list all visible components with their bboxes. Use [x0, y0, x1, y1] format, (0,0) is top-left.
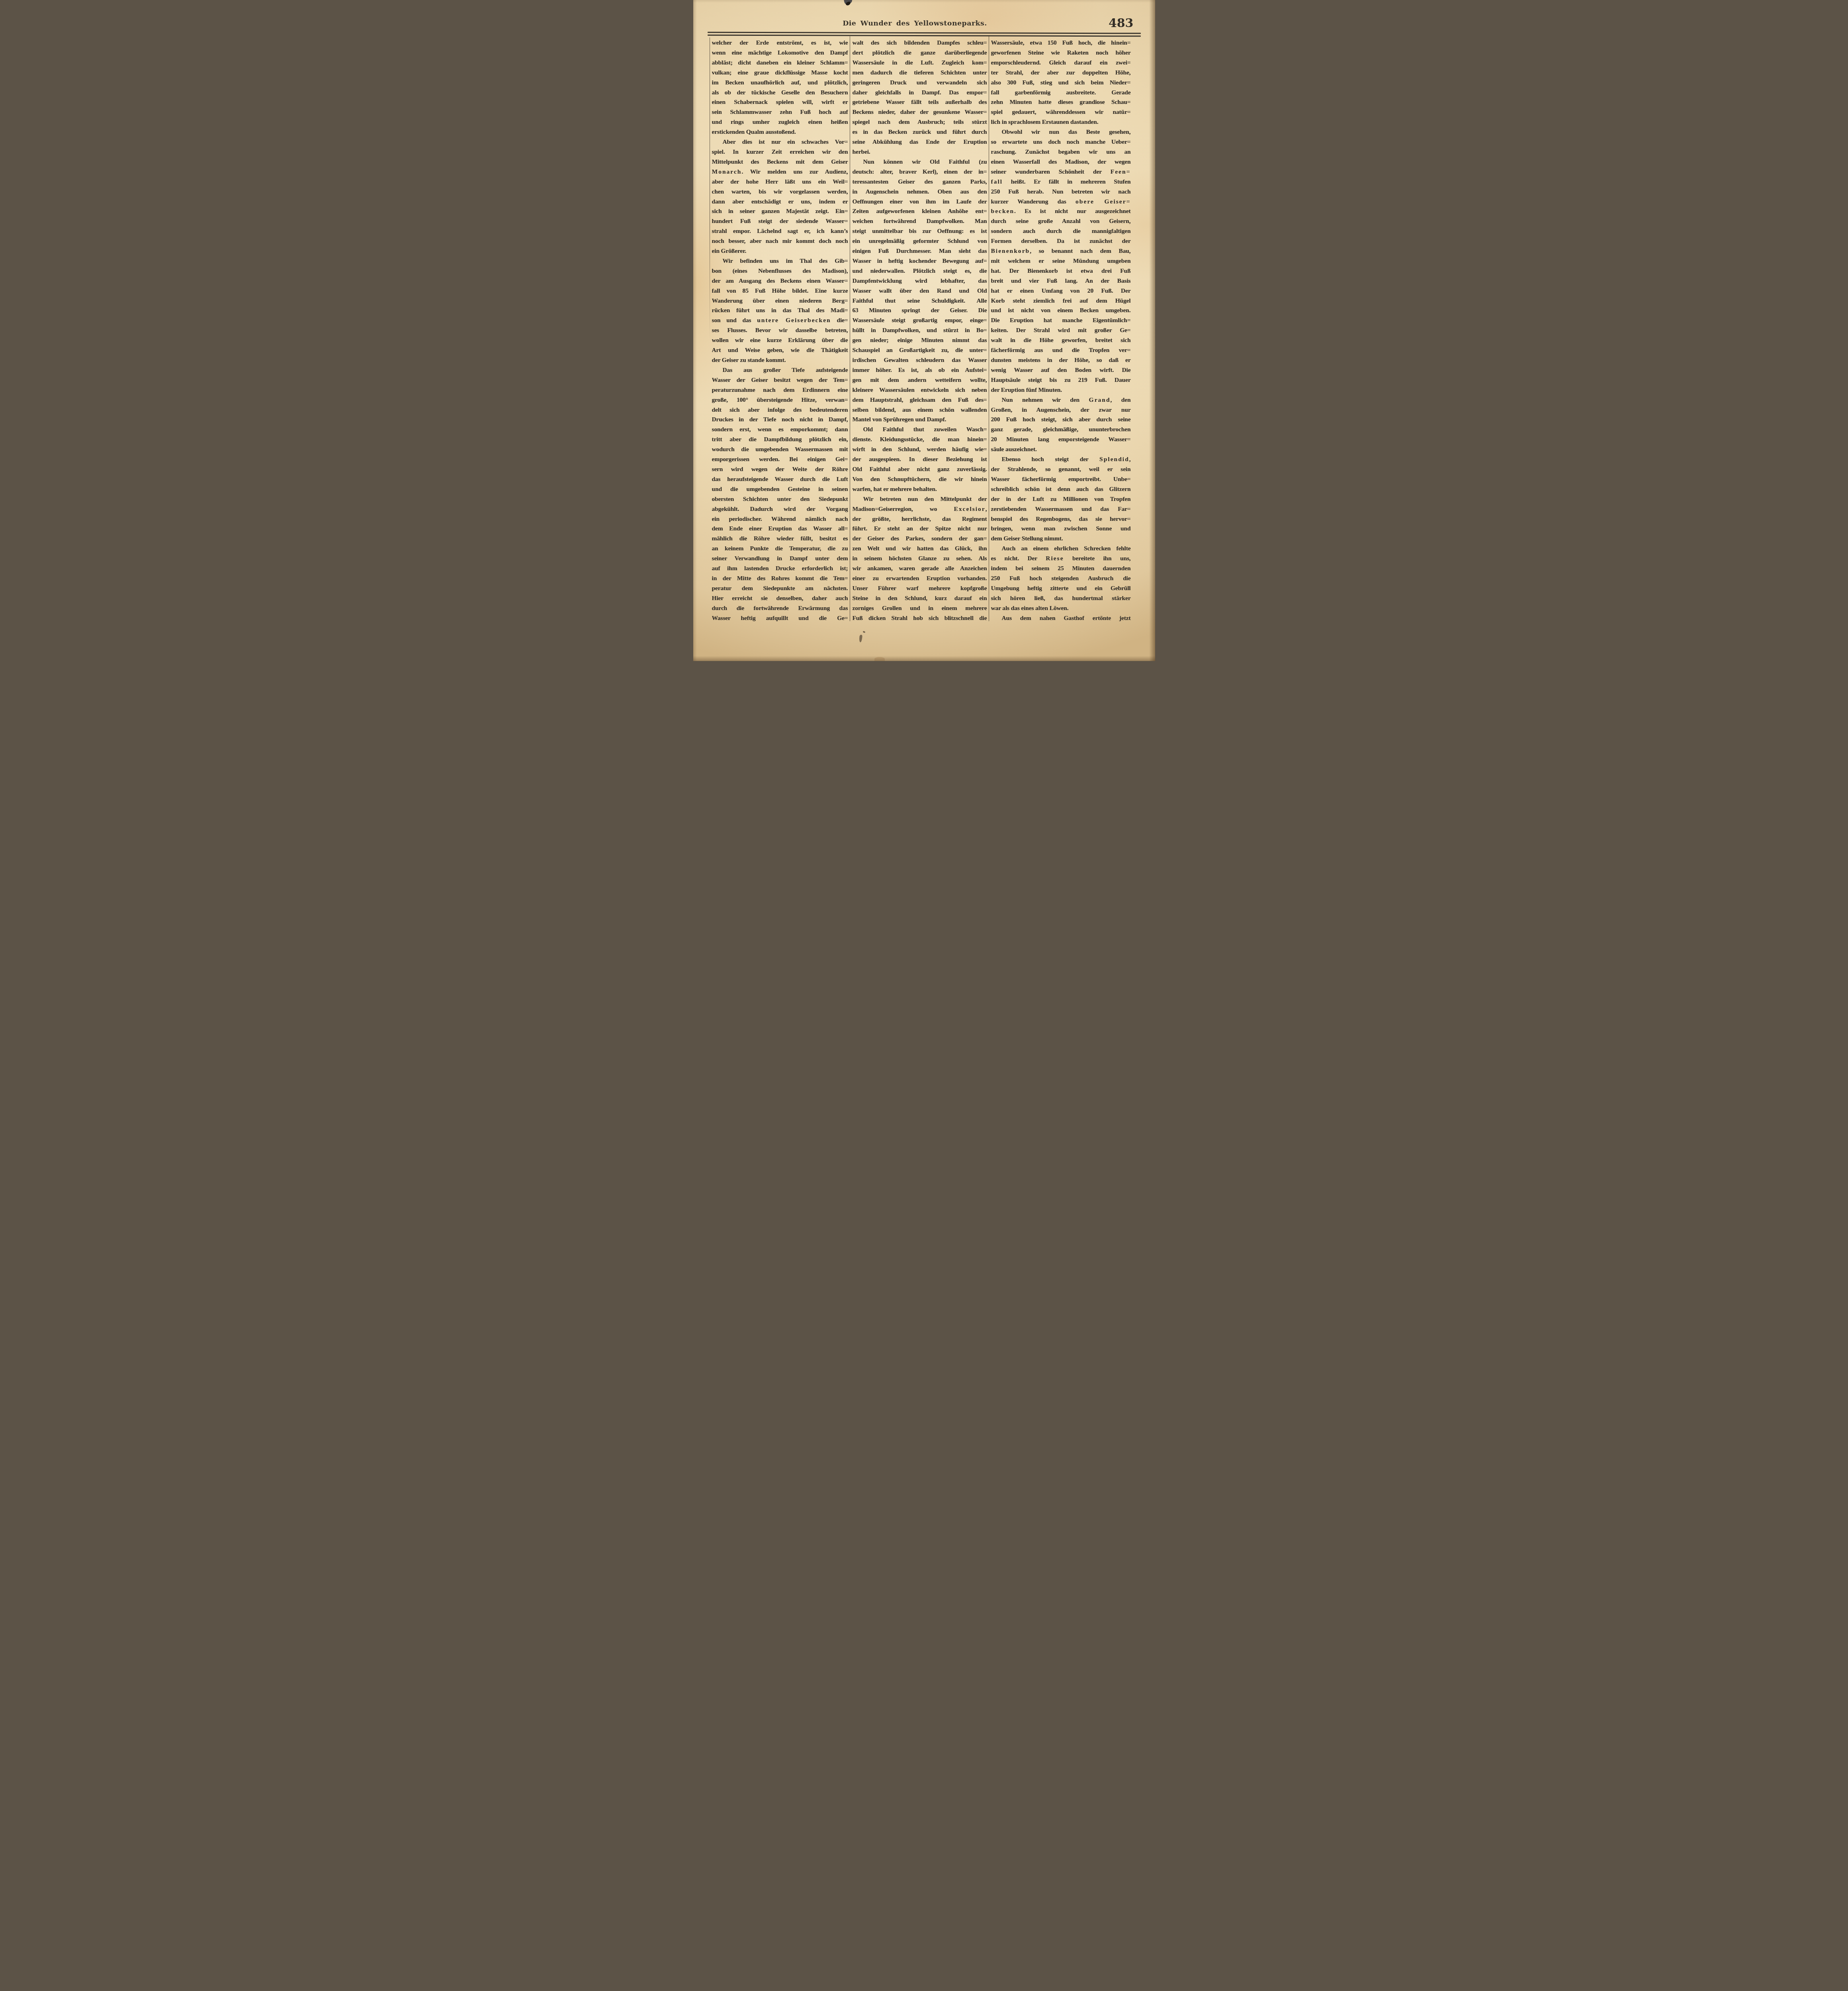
text-line: in Augenschein nehmen. Oben aus den — [853, 187, 987, 197]
text-line: gen mit dem andern wetteifern wollte, — [853, 376, 987, 385]
text-line: obersten Schichten unter den Siedepunkt — [712, 495, 848, 505]
ink-blot — [859, 635, 862, 643]
text-line: zerstiebenden Wassermassen und das Far= — [991, 505, 1131, 514]
text-line: noch besser, aber nach mir kommt doch no… — [712, 237, 848, 246]
text-line: walt des sich bildenden Dampfes schleu= — [853, 38, 987, 48]
article-body: welcher der Erde entströmt, es ist, wiew… — [712, 38, 1131, 624]
text-line: durch seine große Anzahl von Geisern, — [991, 217, 1131, 227]
letterspaced-name: becken — [991, 208, 1015, 215]
text-line: Formen derselben. Da ist zunächst der — [991, 237, 1131, 246]
text-line: Mittelpunkt des Beckens mit dem Geiser — [712, 157, 848, 167]
text-line: hat. Der Bienenkorb ist etwa drei Fuß — [991, 266, 1131, 276]
text-line: säule auszeichnet. — [991, 445, 1131, 455]
text-line: einigen Fuß Durchmesser. Man sieht das — [853, 246, 987, 256]
text-line: men dadurch die tieferen Schichten unter — [853, 68, 987, 78]
text-line: so erwartete uns doch noch manche Ueber= — [991, 137, 1131, 147]
text-line: 20 Minuten lang emporsteigende Wasser= — [991, 435, 1131, 445]
text-line: strahl empor. Lächelnd sagt er, ich kann… — [712, 227, 848, 237]
text-line: Großen, in Augenschein, der zwar nur — [991, 405, 1131, 415]
text-line: der Geiser des Parkes, sondern der gan= — [853, 534, 987, 544]
text-line: Wir betreten nun den Mittelpunkt der — [853, 495, 987, 505]
text-line: sein Schlammwasser zehn Fuß hoch auf — [712, 108, 848, 117]
text-line: abbläst; dicht daneben ein kleiner Schla… — [712, 58, 848, 68]
text-column-1: welcher der Erde entströmt, es ist, wiew… — [712, 38, 848, 624]
page-number: 483 — [1109, 16, 1134, 30]
text-line: daher gleichfalls in Dampf. Das empor= — [853, 88, 987, 98]
text-line: im Becken unaufhörlich auf, und plötzlic… — [712, 78, 848, 88]
text-line: teressantesten Geiser des ganzen Parks, — [853, 177, 987, 187]
text-line: hüllt in Dampfwolken, und stürzt in Bo= — [853, 326, 987, 336]
text-line: steigt unmittelbar bis zur Oeffnung: es … — [853, 227, 987, 237]
text-line: irdischen Gewalten schleudern das Wasser — [853, 356, 987, 366]
text-line: Wasser fächerförmig emportreibt. Unbe= — [991, 475, 1131, 485]
text-line: kurzer Wanderung das obere Geiser= — [991, 197, 1131, 207]
text-line: Hier erreicht sie denselben, daher auch — [712, 594, 848, 604]
text-line: gen nieder; einige Minuten nimmt das — [853, 336, 987, 346]
ink-speck — [862, 631, 865, 633]
text-line: rücken führt uns in das Thal des Madi= — [712, 306, 848, 316]
text-line: sern wird wegen der Weite der Röhre — [712, 465, 848, 475]
letterspaced-name: Feen= — [1111, 168, 1131, 175]
text-line: hat er einen Umfang von 20 Fuß. Der — [991, 286, 1131, 296]
text-line: walt in die Höhe geworfen, breitet sich — [991, 336, 1131, 346]
text-line: getriebene Wasser fällt teils außerhalb … — [853, 98, 987, 108]
text-line: seiner Verwandlung in Dampf unter dem — [712, 554, 848, 564]
text-line: Aus dem nahen Gasthof ertönte jetzt — [991, 614, 1131, 624]
text-line: ein periodischer. Während nämlich nach — [712, 514, 848, 524]
text-line: 250 Fuß hoch steigenden Ausbruch die — [991, 574, 1131, 584]
text-line: spiel gedauert, währenddessen wir natür= — [991, 108, 1131, 117]
text-line: also 300 Fuß, stieg und sich beim Nieder… — [991, 78, 1131, 88]
letterspaced-name: obere Geiser= — [1076, 198, 1130, 205]
text-line: emporgerissen werden. Bei einigen Gei= — [712, 455, 848, 465]
text-line: breit und vier Fuß lang. An der Basis — [991, 276, 1131, 286]
text-line: große, 100° übersteigende Hitze, verwan= — [712, 395, 848, 405]
text-line: Wanderung über einen niederen Berg= — [712, 296, 848, 306]
text-line: chen warten, bis wir vorgelassen werden, — [712, 187, 848, 197]
column-separator-1 — [850, 36, 851, 621]
text-line: wenn eine mächtige Lokomotive den Dampf — [712, 48, 848, 58]
text-line: ter Strahl, der aber zur doppelten Höhe, — [991, 68, 1131, 78]
text-line: spiegel nach dem Ausbruch; teils stürzt — [853, 117, 987, 127]
text-line: ein unregelmäßig geformter Schlund von — [853, 237, 987, 246]
text-line: Ebenso hoch steigt der Splendid, — [991, 455, 1131, 465]
text-line: an keinem Punkte die Temperatur, die zu — [712, 544, 848, 554]
text-line: selben bildend, aus einem schön wallende… — [853, 405, 987, 415]
letterspaced-name: Riese — [1046, 555, 1064, 562]
text-line: auf ihm lastenden Drucke erforderlich is… — [712, 564, 848, 574]
text-line: becken. Es ist nicht nur ausgezeichnet — [991, 207, 1131, 217]
text-line: schreiblich schön ist denn auch das Glit… — [991, 485, 1131, 495]
text-line: fall heißt. Er fällt in mehreren Stufen — [991, 177, 1131, 187]
text-line: der in der Luft zu Millionen von Tropfen — [991, 495, 1131, 505]
text-line: sondern auch durch die mannigfaltigen — [991, 227, 1131, 237]
rule-line — [707, 35, 1140, 37]
text-line: Von den Schnupftüchern, die wir hinein — [853, 475, 987, 485]
text-line: ein Größerer. — [712, 246, 848, 256]
letterspaced-name: Splendid — [1099, 456, 1129, 463]
text-line: spiel. In kurzer Zeit erreichen wir den — [712, 147, 848, 157]
text-line: war als das eines alten Löwen. — [991, 604, 1131, 614]
text-line: der ausgespieen. In dieser Beziehung ist — [853, 455, 987, 465]
text-line: einer zu erwartenden Eruption vorhanden. — [853, 574, 987, 584]
text-line: peratur dem Siedepunkte am nächsten. — [712, 584, 848, 594]
running-title: Die Wunder des Yellowstoneparks. — [693, 20, 1137, 27]
text-line: Auch an einem ehrlichen Schrecken fehlte — [991, 544, 1131, 554]
text-line: ganz gerade, gleichmäßige, ununterbroche… — [991, 425, 1131, 435]
text-line: Wasser der Geiser besitzt wegen der Tem= — [712, 376, 848, 385]
text-line: delt sich aber infolge des bedeutenderen — [712, 405, 848, 415]
text-line: es in das Becken zurück und führt durch — [853, 127, 987, 137]
text-line: seine Abkühlung das Ende der Eruption — [853, 137, 987, 147]
paper-chip — [874, 657, 885, 661]
text-line: sich hören ließ, das hundertmal stärker — [991, 594, 1131, 604]
text-line: warfen, hat er mehrere behalten. — [853, 485, 987, 495]
text-line: wir ankamen, waren gerade alle Anzeichen — [853, 564, 987, 574]
text-line: durch die fortwährende Erwärmung das — [712, 604, 848, 614]
text-line: Wasser in heftig kochender Bewegung auf= — [853, 256, 987, 266]
text-line: Nun nehmen wir den Grand, den — [991, 395, 1131, 405]
text-line: in der Mitte des Rohres kommt die Tem= — [712, 574, 848, 584]
text-line: der am Ausgang des Beckens einen Wasser= — [712, 276, 848, 286]
header-double-rule — [707, 32, 1140, 39]
text-line: einen Wasserfall des Madison, der wegen — [991, 157, 1131, 167]
text-line: in seinem höchsten Glanze zu sehen. Als — [853, 554, 987, 564]
text-line: Nun können wir Old Faithful (zu — [853, 157, 987, 167]
text-line: Unser Führer warf mehrere kopfgroße — [853, 584, 987, 594]
text-line: geringeren Druck und verwandeln sich — [853, 78, 987, 88]
letterspaced-name: untere Geiserbecken — [757, 317, 831, 324]
letterspaced-name: Grand — [1089, 397, 1111, 403]
text-line: dem Ende einer Eruption das Wasser all= — [712, 524, 848, 534]
text-line: Beckens nieder, daher der gesunkene Wass… — [853, 108, 987, 117]
text-line: welcher der Erde entströmt, es ist, wie — [712, 38, 848, 48]
text-line: Die Eruption hat manche Eigentümlich= — [991, 316, 1131, 326]
text-line: keiten. Der Strahl wird mit großer Ge= — [991, 326, 1131, 336]
text-line: führt. Er steht an der Spitze nicht nur — [853, 524, 987, 534]
text-line: und die umgebenden Gesteine in seinen — [712, 485, 848, 495]
text-line: geworfenen Steine wie Raketen noch höher — [991, 48, 1131, 58]
text-line: und ist nicht von einem Becken umgeben. — [991, 306, 1131, 316]
text-line: der Eruption fünf Minuten. — [991, 385, 1131, 395]
text-line: als ob der tückische Geselle den Besuche… — [712, 88, 848, 98]
text-line: 63 Minuten springt der Geiser. Die — [853, 306, 987, 316]
text-line: zehn Minuten hatte dieses grandiose Scha… — [991, 98, 1131, 108]
text-line: Bienenkorb, so benannt nach dem Bau, — [991, 246, 1131, 256]
text-line: Das aus großer Tiefe aufsteigende — [712, 366, 848, 376]
text-line: ses Flusses. Bevor wir dasselbe betreten… — [712, 326, 848, 336]
text-line: dem Geiser Stellung nimmt. — [991, 534, 1131, 544]
text-line: 250 Fuß herab. Nun betreten wir nach — [991, 187, 1131, 197]
text-line: peraturzunahme nach dem Erdinnern eine — [712, 385, 848, 395]
text-line: fächerförmig aus und die Tropfen ver= — [991, 346, 1131, 356]
text-line: Fuß dicken Strahl hob sich blitzschnell … — [853, 614, 987, 624]
text-line: Old Faithful aber nicht ganz zuverlässig… — [853, 465, 987, 475]
text-line: bon (eines Nebenflusses des Madison), — [712, 266, 848, 276]
letterspaced-name: Monarch — [712, 168, 742, 175]
text-line: raschung. Zunächst begaben wir uns an — [991, 147, 1131, 157]
text-line: fall von 85 Fuß Höhe bildet. Eine kurze — [712, 286, 848, 296]
text-line: Dampfentwicklung wird lebhafter, das — [853, 276, 987, 286]
text-line: und niederwallen. Plötzlich steigt es, d… — [853, 266, 987, 276]
text-line: Schauspiel an Großartigkeit zu, die unte… — [853, 346, 987, 356]
text-line: deutsch: alter, braver Kerl), einen der … — [853, 167, 987, 177]
left-margin-rule — [710, 37, 710, 340]
text-line: hundert Fuß steigt der siedende Wasser= — [712, 217, 848, 227]
text-line: Korb steht ziemlich frei auf dem Hügel — [991, 296, 1131, 306]
text-line: wenig Wasser auf den Boden wirft. Die — [991, 366, 1131, 376]
text-line: vulkan; eine graue dickflüssige Masse ko… — [712, 68, 848, 78]
text-line: seiner wunderbaren Schönheit der Feen= — [991, 167, 1131, 177]
letterspaced-name: Bienenkorb — [991, 248, 1030, 254]
text-line: dann aber entschädigt er uns, indem er — [712, 197, 848, 207]
text-line: Steine in den Schlund, kurz darauf ein — [853, 594, 987, 604]
text-line: zorniges Grollen und in einem mehrere — [853, 604, 987, 614]
rule-line — [708, 32, 1141, 34]
text-line: abgekühlt. Dadurch wird der Vorgang — [712, 505, 848, 514]
text-line: Wir befinden uns im Thal des Gib= — [712, 256, 848, 266]
text-line: immer höher. Es ist, als ob ein Aufstei= — [853, 366, 987, 376]
text-line: Wassersäule, etwa 150 Fuß hoch, die hine… — [991, 38, 1131, 48]
scanned-newspaper-page: Die Wunder des Yellowstoneparks. 483 wel… — [693, 0, 1155, 661]
text-line: Wassersäule in die Luft. Zugleich kom= — [853, 58, 987, 68]
text-line: Wassersäule steigt großartig empor, eing… — [853, 316, 987, 326]
text-line: Mantel von Sprühregen und Dampf. — [853, 415, 987, 425]
text-line: son und das untere Geiserbecken die= — [712, 316, 848, 326]
text-line: zen Welt und wir hatten das Glück, ihn — [853, 544, 987, 554]
text-line: herbei. — [853, 147, 987, 157]
text-line: sondern erst, wenn es emporkommt; dann — [712, 425, 848, 435]
text-line: Hauptsäule steigt bis zu 219 Fuß. Dauer — [991, 376, 1131, 385]
text-line: dienste. Kleidungsstücke, die man hinein… — [853, 435, 987, 445]
text-line: Aber dies ist nur ein schwaches Vor= — [712, 137, 848, 147]
text-line: Madison=Geiserregion, wo Excelsior, — [853, 505, 987, 514]
text-line: und rings umher zugleich einen heißen — [712, 117, 848, 127]
text-line: Faithful thut seine Schuldigkeit. Alle — [853, 296, 987, 306]
text-line: der größte, herrlichste, das Regiment — [853, 514, 987, 524]
text-line: 200 Fuß hoch steigt, sich aber durch sei… — [991, 415, 1131, 425]
text-line: mählich die Röhre wieder füllt, besitzt … — [712, 534, 848, 544]
text-line: dunsten meistens in der Höhe, so daß er — [991, 356, 1131, 366]
text-line: wirft in den Schlund, werden häufig wie= — [853, 445, 987, 455]
text-line: mit welchem er seine Mündung umgeben — [991, 256, 1131, 266]
text-line: wodurch die umgebenden Wassermassen mit — [712, 445, 848, 455]
text-line: Monarch. Wir melden uns zur Audienz, — [712, 167, 848, 177]
text-line: tritt aber die Dampfbildung plötzlich ei… — [712, 435, 848, 445]
text-line: aber der hohe Herr läßt uns ein Weil= — [712, 177, 848, 187]
text-line: Old Faithful thut zuweilen Wasch= — [853, 425, 987, 435]
text-line: bringen, wenn man zwischen Sonne und — [991, 524, 1131, 534]
text-line: emporschleudernd. Gleich darauf ein zwei… — [991, 58, 1131, 68]
text-line: lich in sprachlosem Erstaunen dastanden. — [991, 117, 1131, 127]
column-separator-2 — [989, 36, 990, 621]
text-line: Oeffnungen einer von ihm im Laufe der — [853, 197, 987, 207]
text-line: Art und Weise geben, wie die Thätigkeit — [712, 346, 848, 356]
text-line: der Strahlende, so genannt, weil er sein — [991, 465, 1131, 475]
text-line: Umgebung heftig zitterte und ein Gebrüll — [991, 584, 1131, 594]
text-line: weichen fortwährend Dampfwolken. Man — [853, 217, 987, 227]
text-line: erstickenden Qualm ausstoßend. — [712, 127, 848, 137]
text-line: Obwohl wir nun das Beste gesehen, — [991, 127, 1131, 137]
text-line: kleinere Wassersäulen entwickeln sich ne… — [853, 385, 987, 395]
text-line: Wasser wallt über den Rand und Old — [853, 286, 987, 296]
text-line: es nicht. Der Riese bereitete ihn uns, — [991, 554, 1131, 564]
text-line: wollen wir eine kurze Erklärung über die — [712, 336, 848, 346]
text-column-2: walt des sich bildenden Dampfes schleu=d… — [853, 38, 987, 624]
text-line: der Geiser zu stande kommt. — [712, 356, 848, 366]
text-line: dert plötzlich die ganze darüberliegende — [853, 48, 987, 58]
text-line: dem Hauptstrahl, gleichsam den Fuß des= — [853, 395, 987, 405]
letterspaced-name: fall — [991, 178, 1003, 185]
text-line: Druckes in der Tiefe noch nicht in Dampf… — [712, 415, 848, 425]
text-line: indem bei seinem 25 Minuten dauernden — [991, 564, 1131, 574]
text-line: Zeiten aufgeworfenen kleinen Anhöhe ent= — [853, 207, 987, 217]
text-column-3: Wassersäule, etwa 150 Fuß hoch, die hine… — [991, 38, 1131, 624]
text-line: einen Schabernack spielen will, wirft er — [712, 98, 848, 108]
text-line: sich in seiner ganzen Majestät zeigt. Ei… — [712, 207, 848, 217]
text-line: das heraufsteigende Wasser durch die Luf… — [712, 475, 848, 485]
letterspaced-name: Excelsior — [954, 506, 986, 512]
text-line: benspiel des Regenbogens, das sie hervor… — [991, 514, 1131, 524]
text-line: fall garbenförmig ausbreitete. Gerade — [991, 88, 1131, 98]
text-line: Wasser heftig aufquillt und die Ge= — [712, 614, 848, 624]
